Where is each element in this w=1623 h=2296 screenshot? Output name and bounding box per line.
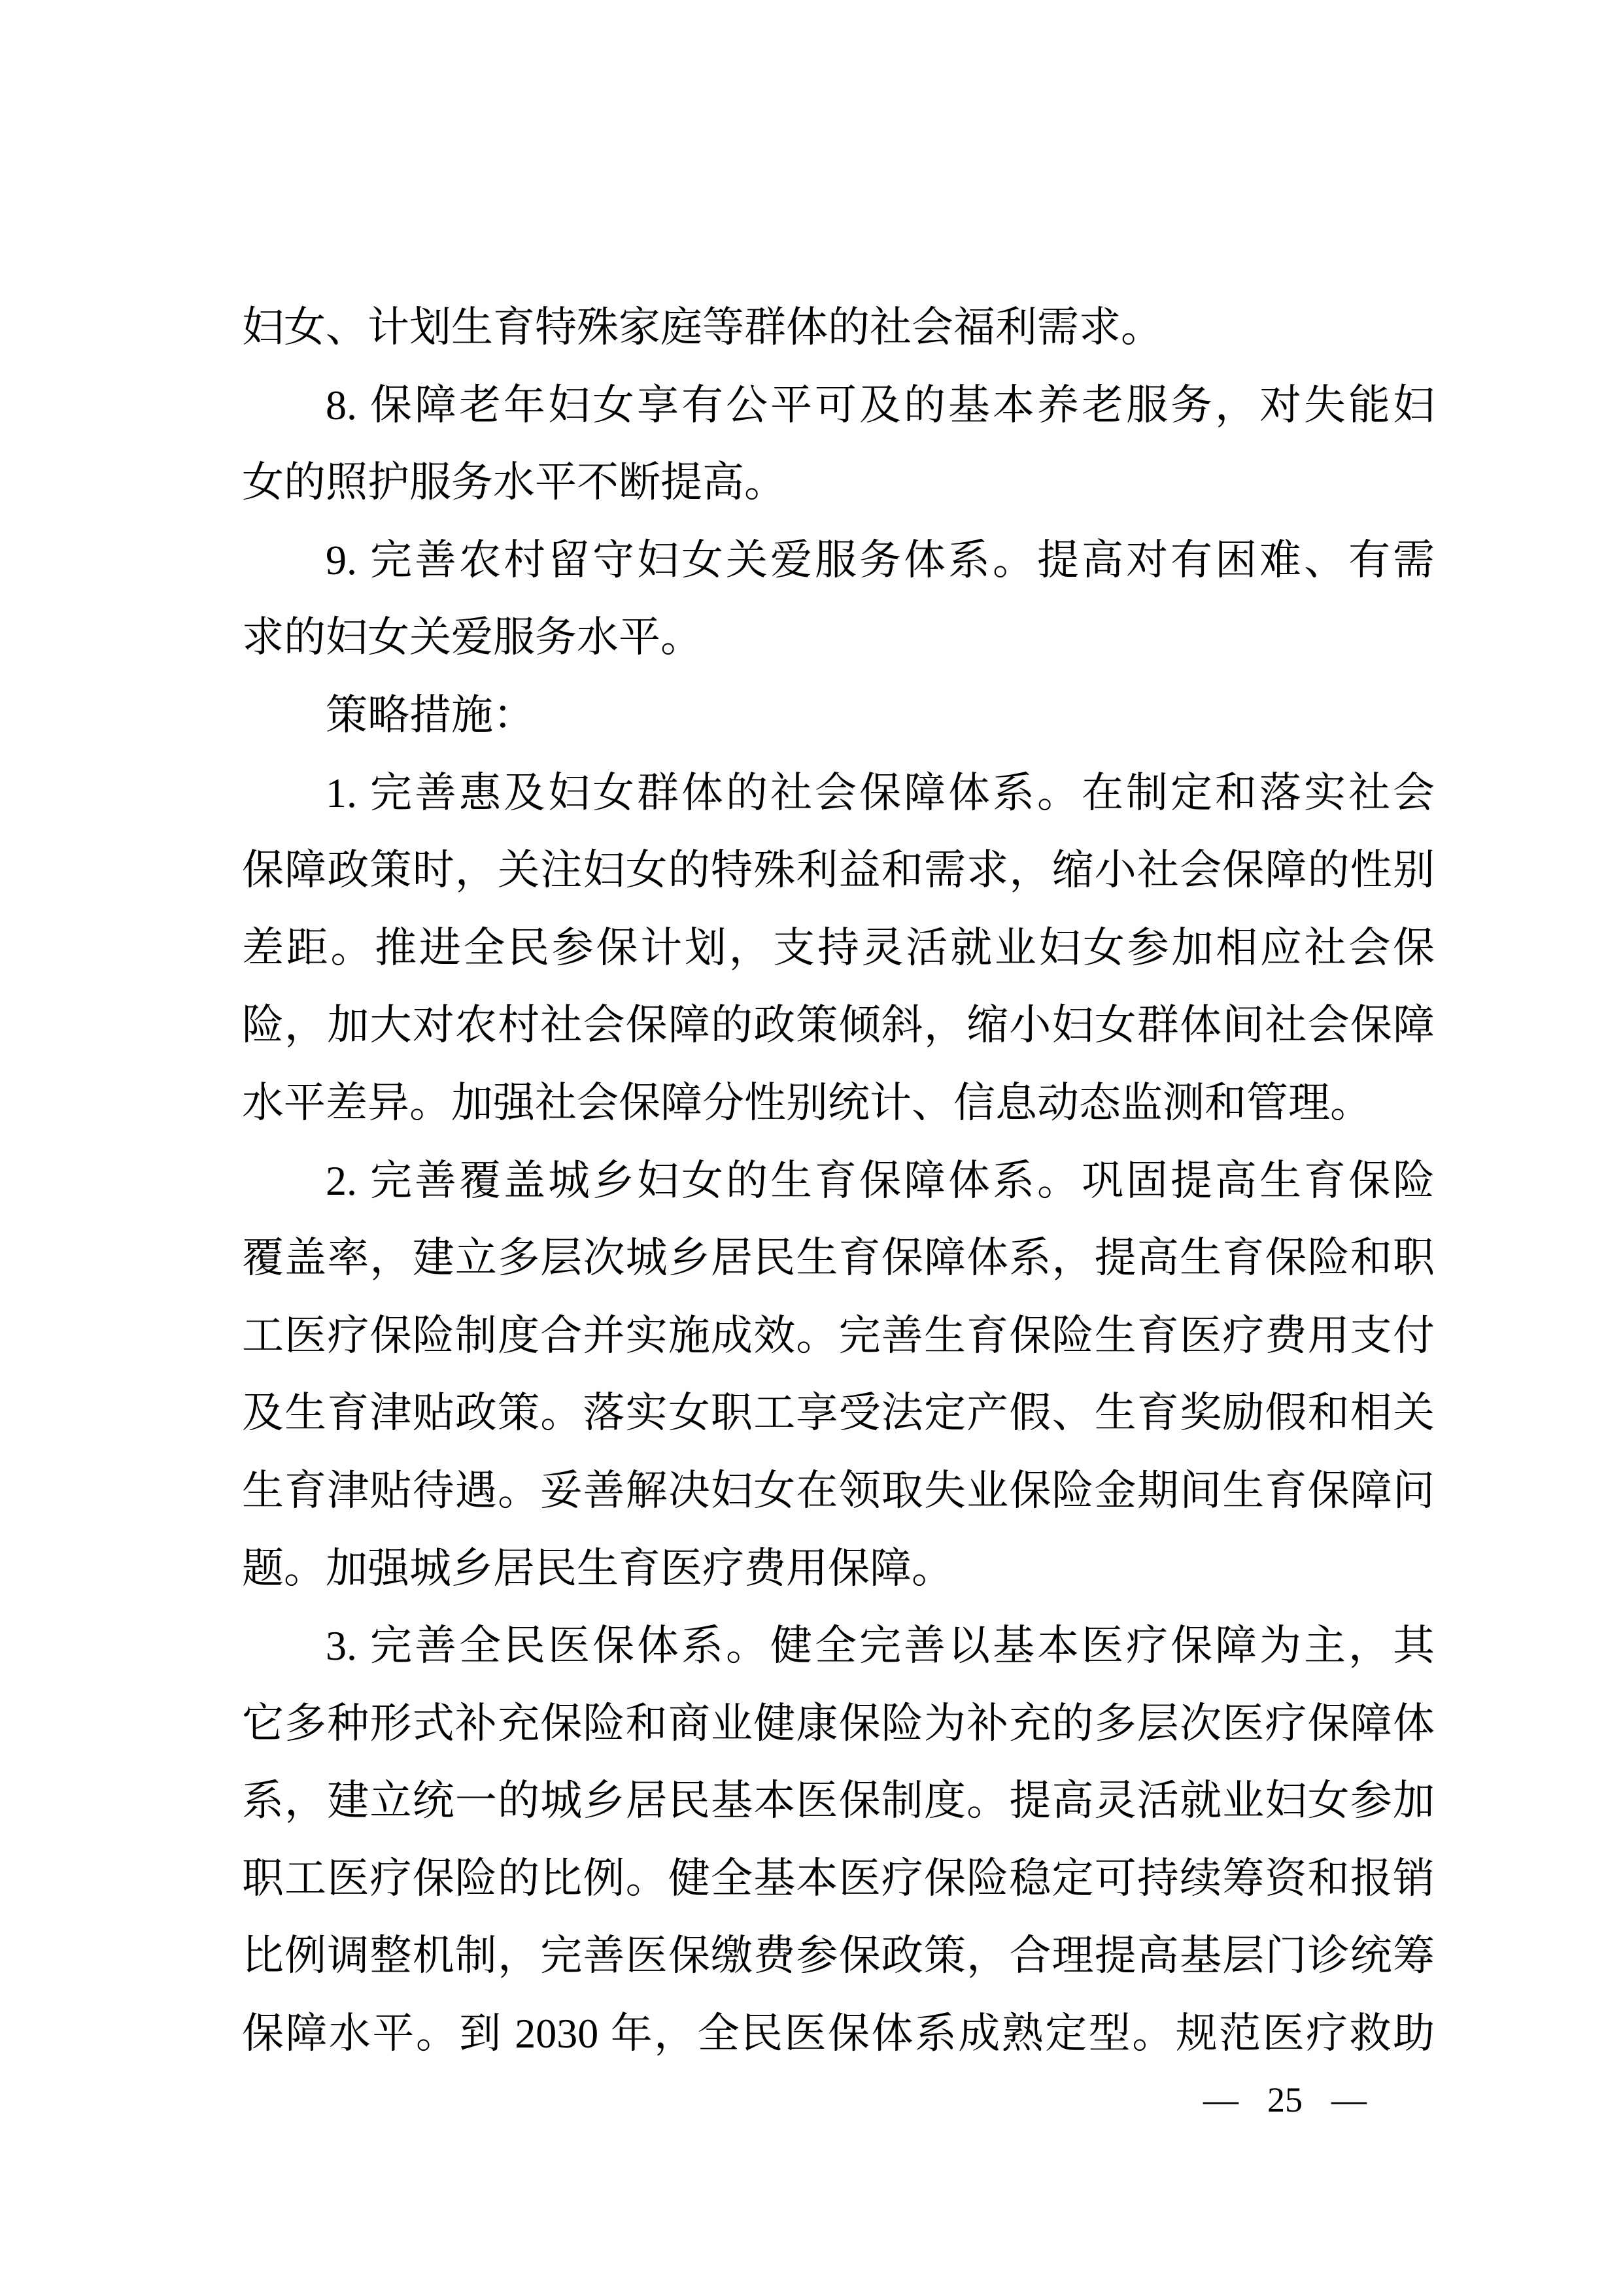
text-line: 它多种形式补充保险和商业健康保险为补充的多层次医疗保障体	[242, 1685, 1435, 1763]
page-number: 25	[1267, 2078, 1303, 2121]
text-line: 及生育津贴政策。落实女职工享受法定产假、生育奖励假和相关	[242, 1375, 1435, 1452]
text-line: 系，建立统一的城乡居民基本医保制度。提高灵活就业妇女参加	[242, 1762, 1435, 1840]
text-line: 保障水平。到 2030 年，全民医保体系成熟定型。规范医疗救助	[242, 1995, 1435, 2073]
text-line: 生育津贴待遇。妥善解决妇女在领取失业保险金期间生育保障问	[242, 1452, 1435, 1530]
footer-left-dash: —	[1203, 2078, 1239, 2121]
text-line: 妇女、计划生育特殊家庭等群体的社会福利需求。	[242, 289, 1435, 367]
text-line: 3. 完善全民医保体系。健全完善以基本医疗保障为主，其	[242, 1607, 1435, 1685]
text-line: 1. 完善惠及妇女群体的社会保障体系。在制定和落实社会	[242, 755, 1435, 832]
text-line: 比例调整机制，完善医保缴费参保政策，合理提高基层门诊统筹	[242, 1917, 1435, 1995]
footer-right-dash: —	[1331, 2078, 1367, 2121]
text-line: 策略措施：	[242, 677, 1435, 755]
text-line: 题。加强城乡居民生育医疗费用保障。	[242, 1530, 1435, 1608]
text-line: 8. 保障老年妇女享有公平可及的基本养老服务，对失能妇	[242, 367, 1435, 445]
page-footer: — 25 —	[1203, 2078, 1367, 2121]
text-line: 2. 完善覆盖城乡妇女的生育保障体系。巩固提高生育保险	[242, 1142, 1435, 1220]
text-line: 9. 完善农村留守妇女关爱服务体系。提高对有困难、有需	[242, 522, 1435, 600]
text-line: 保障政策时，关注妇女的特殊利益和需求，缩小社会保障的性别	[242, 832, 1435, 910]
document-body: 妇女、计划生育特殊家庭等群体的社会福利需求。8. 保障老年妇女享有公平可及的基本…	[242, 289, 1435, 2073]
text-line: 职工医疗保险的比例。健全基本医疗保险稳定可持续筹资和报销	[242, 1840, 1435, 1918]
text-line: 工医疗保险制度合并实施成效。完善生育保险生育医疗费用支付	[242, 1297, 1435, 1375]
text-line: 求的妇女关爱服务水平。	[242, 599, 1435, 677]
text-line: 差距。推进全民参保计划，支持灵活就业妇女参加相应社会保	[242, 910, 1435, 987]
text-line: 水平差异。加强社会保障分性别统计、信息动态监测和管理。	[242, 1065, 1435, 1142]
text-line: 女的照护服务水平不断提高。	[242, 444, 1435, 522]
document-page: 妇女、计划生育特殊家庭等群体的社会福利需求。8. 保障老年妇女享有公平可及的基本…	[0, 0, 1623, 2296]
text-line: 覆盖率，建立多层次城乡居民生育保障体系，提高生育保险和职	[242, 1220, 1435, 1297]
text-line: 险，加大对农村社会保障的政策倾斜，缩小妇女群体间社会保障	[242, 987, 1435, 1065]
